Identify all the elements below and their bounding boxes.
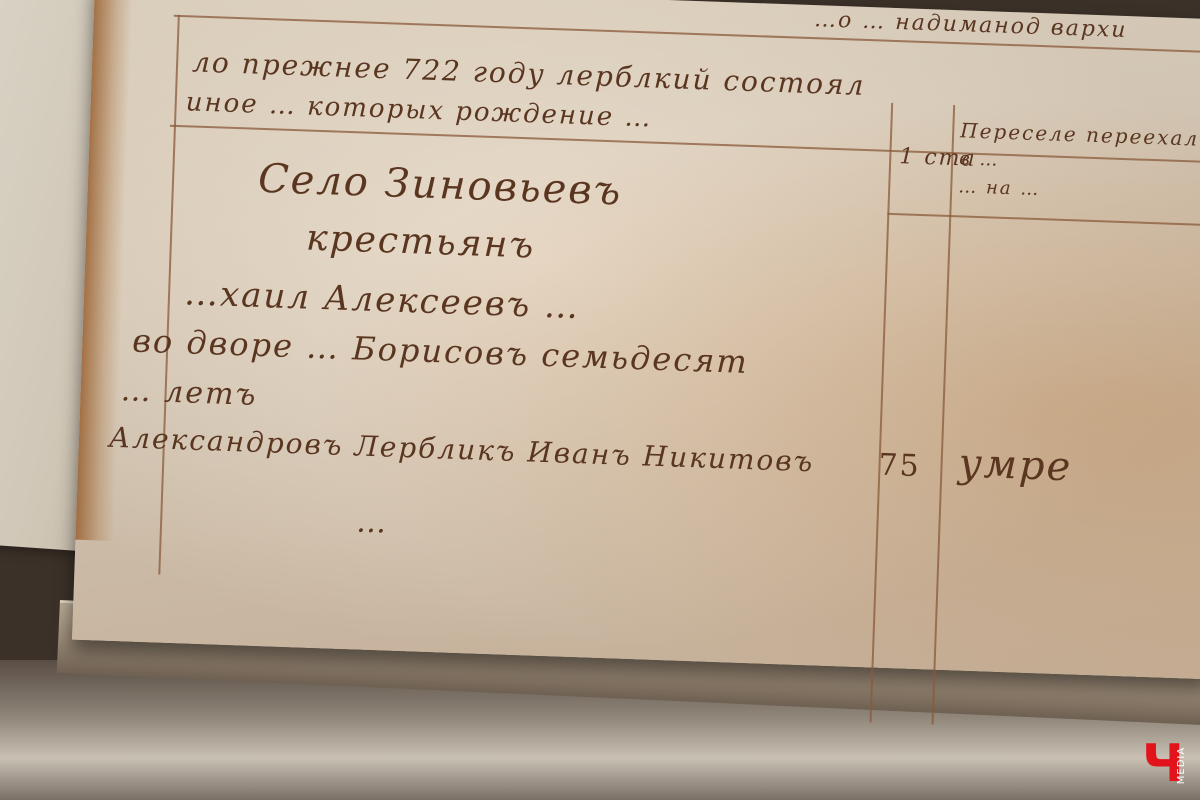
entry-line-4: во дворе … Борисовъ семьдесят	[132, 322, 750, 381]
entry-line-2: крестьянъ	[305, 218, 536, 267]
age-number: 75	[878, 448, 921, 484]
top-right-line: …о … надиманод вархи	[814, 7, 1128, 43]
second-header-rule	[887, 213, 1200, 227]
entry-line-7: …	[356, 504, 389, 540]
header-line-2: иное … которых рождение …	[185, 87, 653, 133]
left-margin-rule	[158, 15, 180, 575]
entry-line-6: Александровъ Лербликъ Иванъ Никитовъ	[108, 421, 814, 479]
column-rule-2	[932, 105, 956, 725]
entry-line-1: Село Зиновьевъ	[257, 156, 623, 215]
entry-line-3: …хаил Алексеевъ …	[183, 273, 580, 327]
ledger-page: …о … надиманод вархи ло прежнее 722 году…	[72, 0, 1200, 679]
column-3-header-line-3: … на …	[958, 176, 1041, 200]
photo-scene: …о … надиманод вархи ло прежнее 722 году…	[0, 0, 1200, 800]
column-3-header-line-2: в …	[959, 148, 1000, 170]
column-rule-1	[870, 103, 894, 723]
entry-line-5: … летъ	[120, 373, 258, 413]
media-watermark: Ч MEDIA	[1138, 738, 1194, 794]
watermark-text: MEDIA	[1176, 747, 1187, 784]
column-3-header-line-1: Переселе переехал	[960, 118, 1200, 150]
column-3-entry: умре	[958, 440, 1073, 490]
